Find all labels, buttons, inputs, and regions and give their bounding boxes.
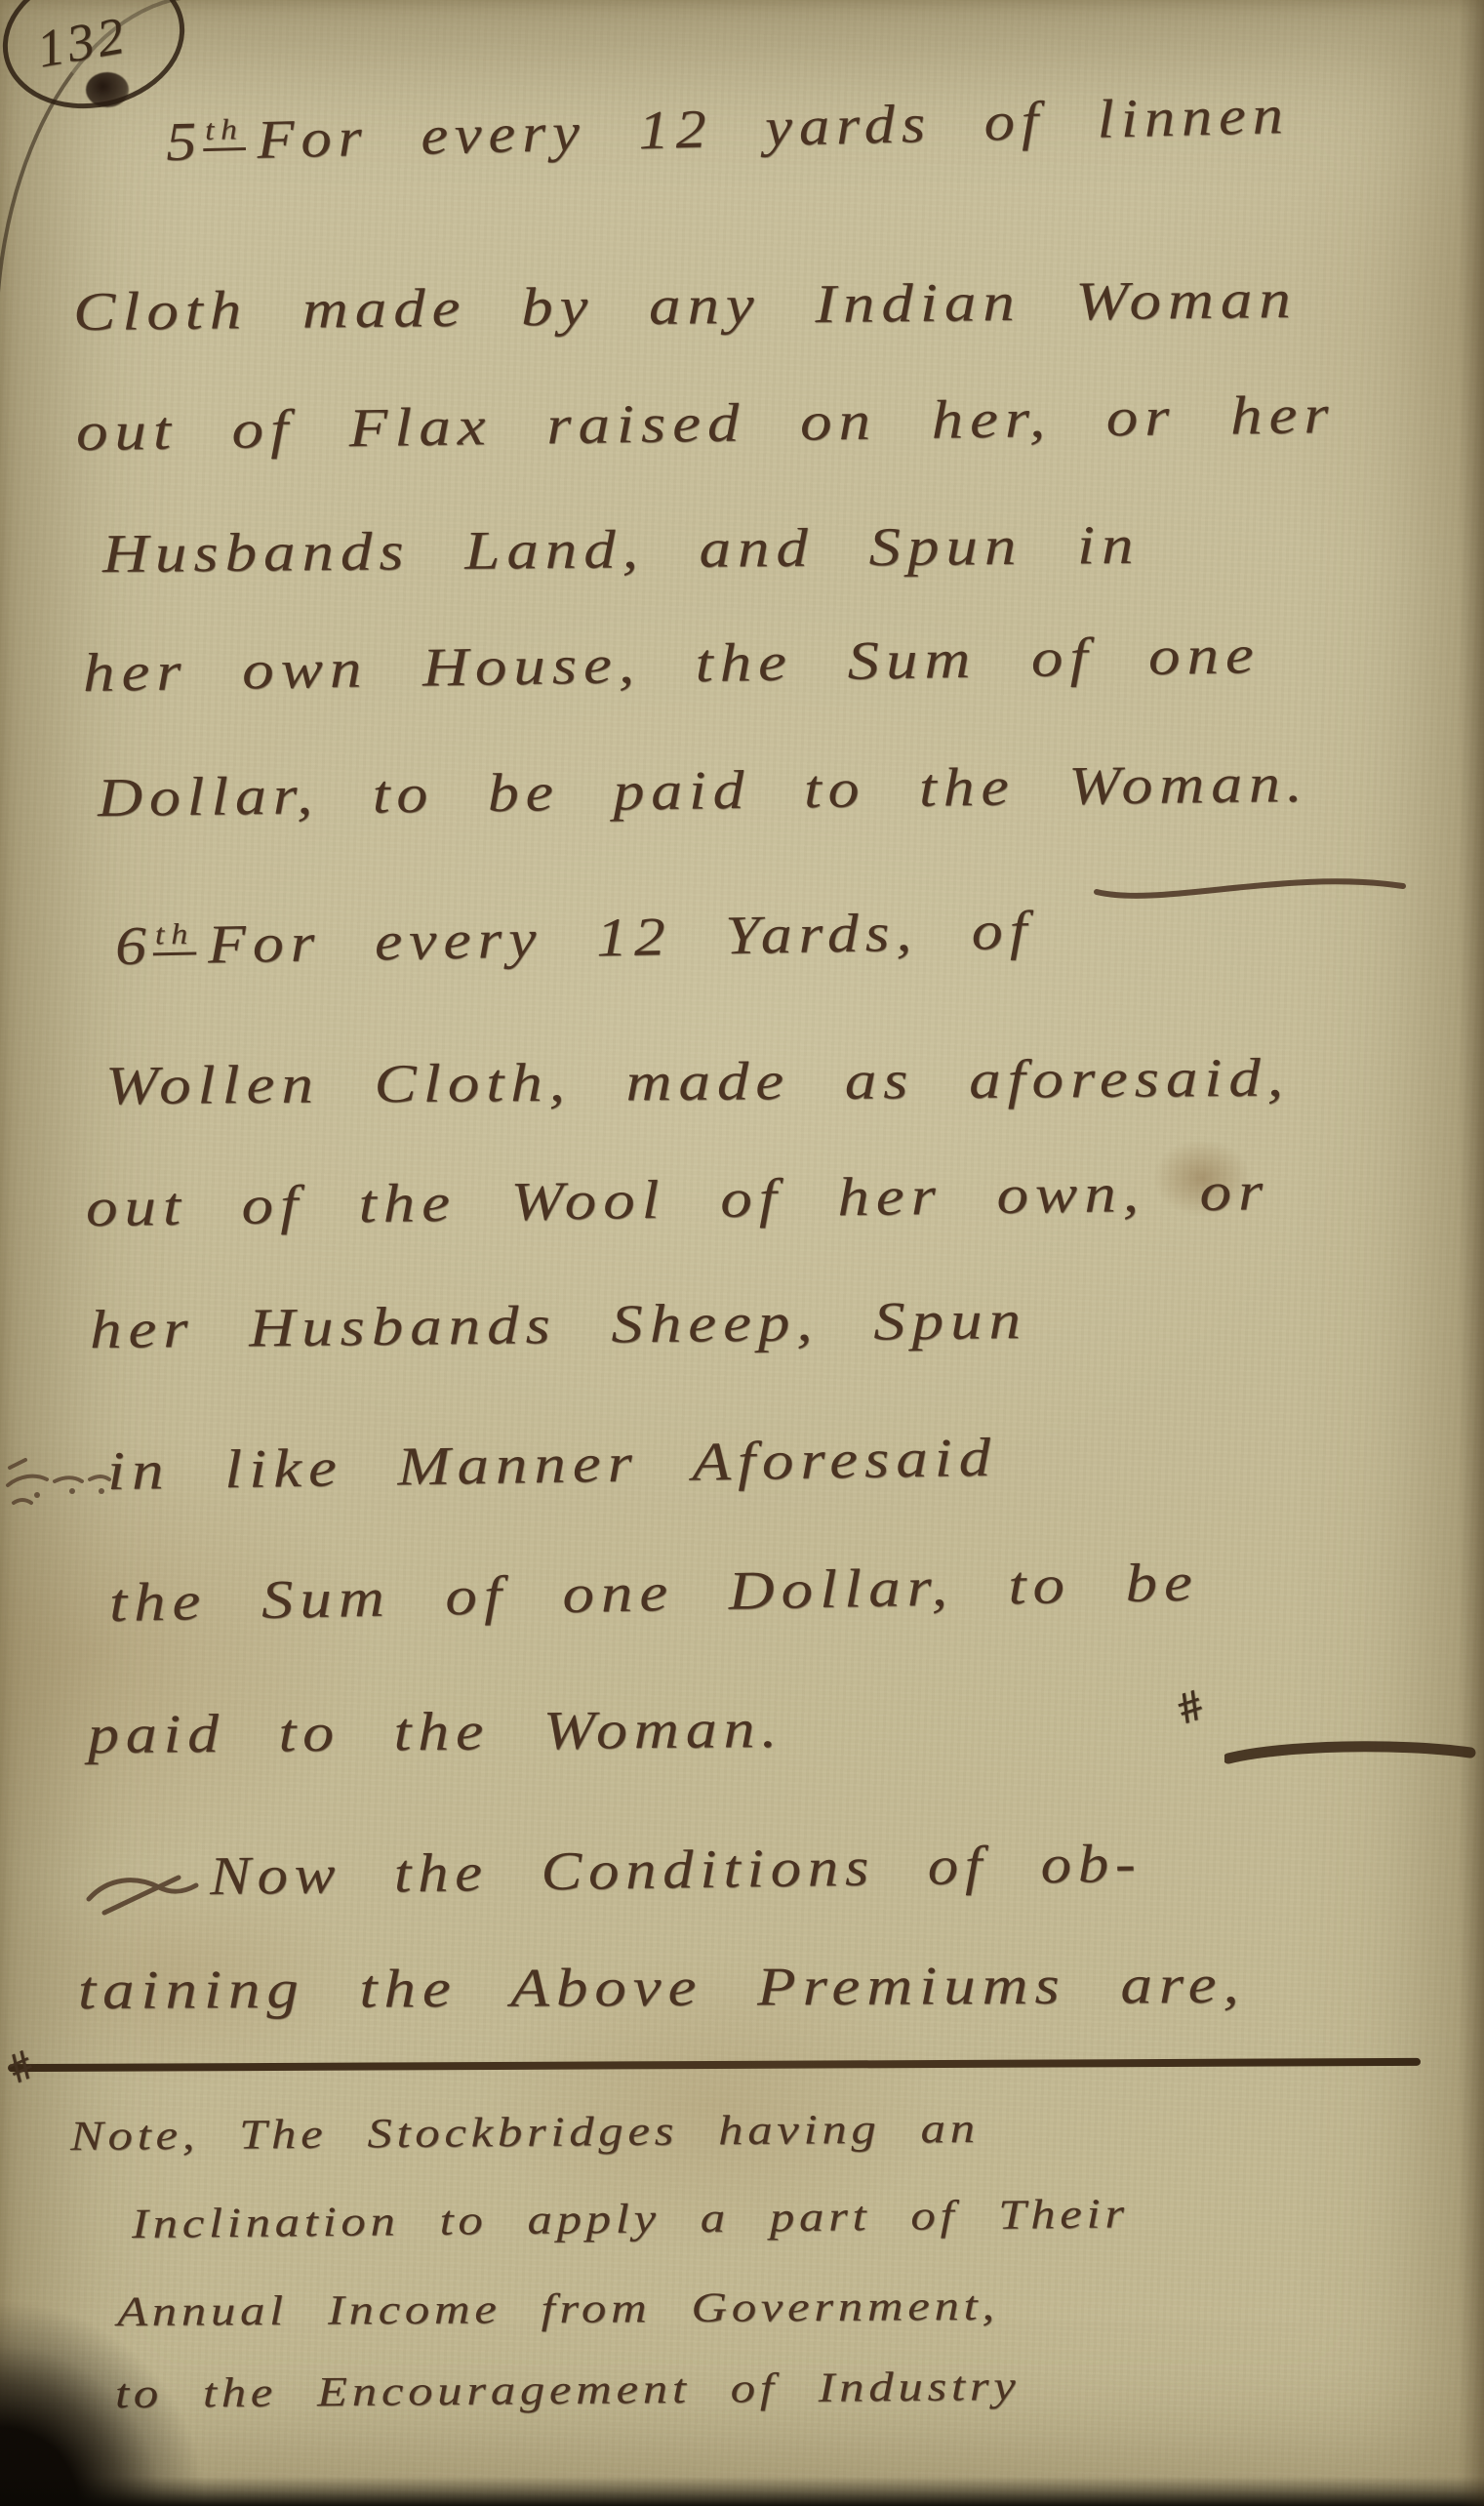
line-text: Dollar, to be paid to the Woman. <box>98 753 1309 829</box>
line-text: taining the Above Premiums are, <box>78 1955 1246 2021</box>
item-number: 6th <box>114 914 208 977</box>
line-text: her Husbands Sheep, Spun <box>90 1290 1028 1360</box>
manuscript-line: Husbands Land, and Spun in <box>102 518 1141 582</box>
line-text: out of Flax raised on her, or her <box>76 384 1336 463</box>
line-text: Husbands Land, and Spun in <box>102 515 1141 585</box>
manuscript-line: 5thFor every 12 yards of linnen <box>165 88 1290 170</box>
manuscript-line: in like Manner Aforesaid <box>107 1431 998 1499</box>
line-text: Wollen Cloth, made as aforesaid, <box>105 1048 1290 1116</box>
manuscript-line: paid to the Woman. <box>88 1702 784 1762</box>
line-text: Cloth made by any Indian Woman <box>73 269 1298 343</box>
line-text: Now the Conditions of ob- <box>210 1834 1143 1907</box>
manuscript-line: out of Flax raised on her, or her <box>76 387 1336 460</box>
manuscript-line: taining the Above Premiums are, <box>78 1958 1246 2018</box>
manuscript-line: the Sum of one Dollar, to be <box>108 1556 1199 1631</box>
line-text: the Sum of one Dollar, to be <box>108 1553 1199 1634</box>
dark-corner-shadow <box>0 2282 312 2506</box>
line-text: For every 12 Yards, of <box>207 901 1033 976</box>
manuscript-page: 132 5thFor every 12 yards of linnen Clot… <box>0 0 1484 2506</box>
footnote-line: Note, The Stockbridges having an <box>70 2108 980 2158</box>
footnote-mark-icon: # <box>1171 1678 1208 1735</box>
footnote-line: Inclination to apply a part of Their <box>132 2193 1129 2245</box>
dash-flourish-icon <box>1224 1735 1478 1770</box>
manuscript-line: Wollen Cloth, made as aforesaid, <box>105 1051 1290 1113</box>
manuscript-line: Dollar, to be paid to the Woman. <box>98 756 1309 826</box>
divider-rule <box>8 2058 1421 2072</box>
footnote-text: Note, The Stockbridges having an <box>70 2106 980 2160</box>
item-number: 5th <box>165 110 258 173</box>
manuscript-line: out of the Wool of her own, or <box>86 1164 1270 1235</box>
line-text: out of the Wool of her own, or <box>86 1161 1270 1238</box>
line-text: her own House, the Sum of one <box>83 625 1262 704</box>
manuscript-line: Cloth made by any Indian Woman <box>73 272 1298 340</box>
line-text: in like Manner Aforesaid <box>107 1428 998 1502</box>
manuscript-line: her own House, the Sum of one <box>83 627 1262 701</box>
underline-flourish-icon <box>1093 867 1415 909</box>
line-text: paid to the Woman. <box>88 1699 784 1765</box>
page-bottom-edge <box>0 2477 1484 2506</box>
line-text: For every 12 yards of linnen <box>257 85 1291 171</box>
leadin-scribble-icon <box>83 1866 204 1924</box>
footnote-text: Inclination to apply a part of Their <box>132 2191 1129 2247</box>
page-right-edge <box>1459 0 1484 2506</box>
ink-blot <box>86 72 129 107</box>
manuscript-line: her Husbands Sheep, Spun <box>90 1293 1027 1357</box>
manuscript-line: 6thFor every 12 Yards, of <box>115 904 1034 974</box>
manuscript-line: Now the Conditions of ob- <box>210 1837 1143 1904</box>
